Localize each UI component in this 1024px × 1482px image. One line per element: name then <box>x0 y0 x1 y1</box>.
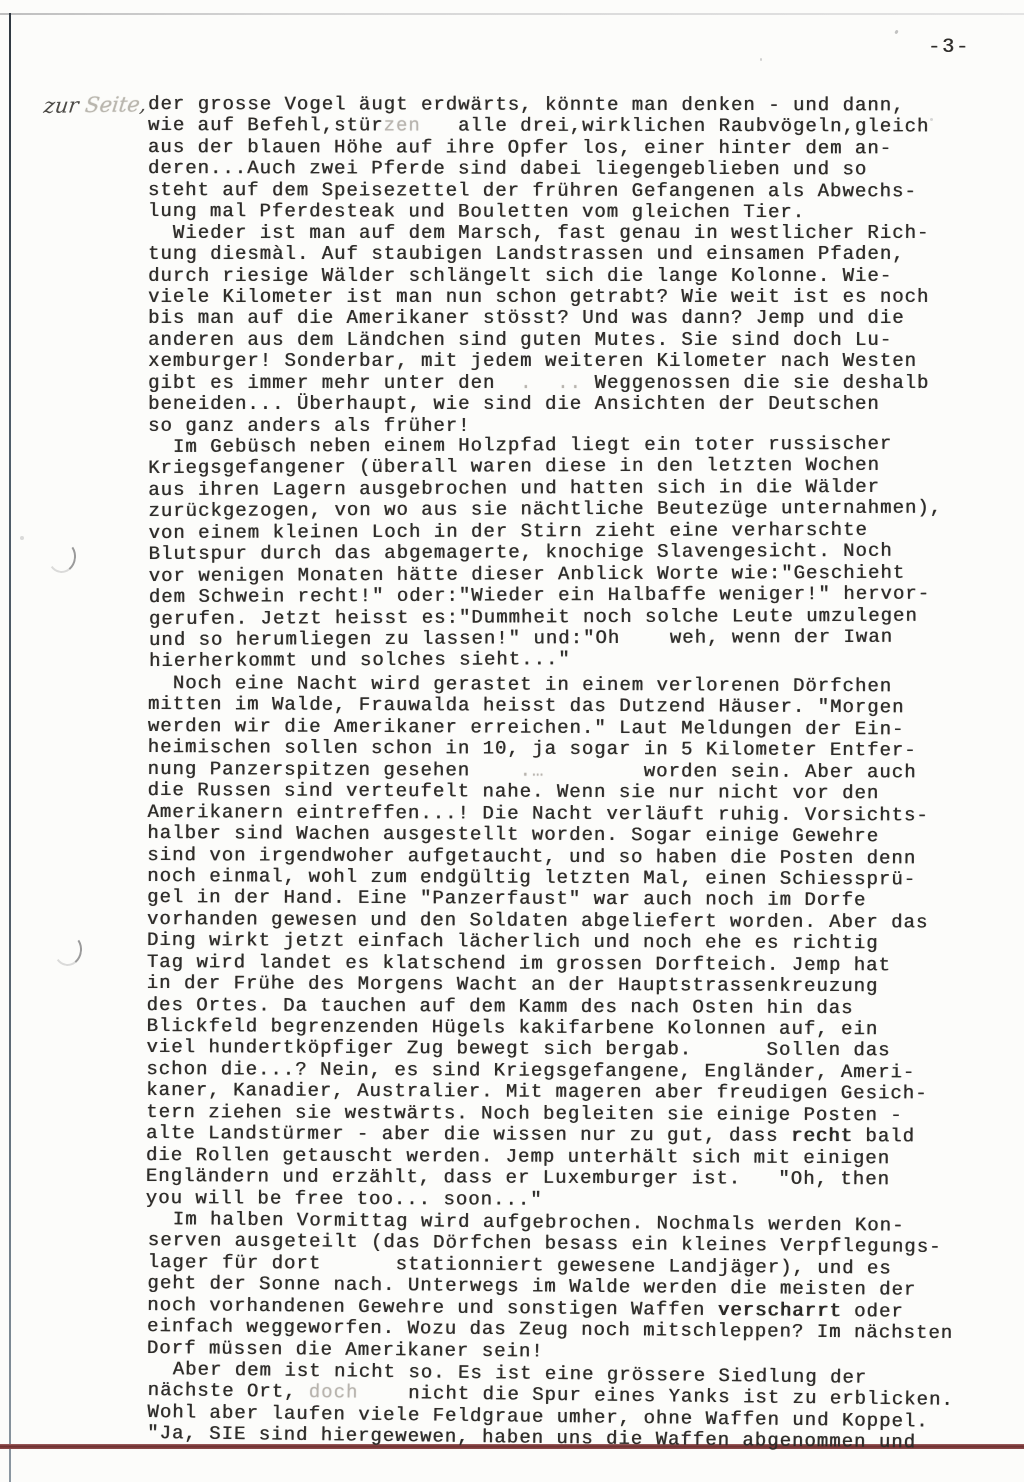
text-segment: und so herumliegen zu lassen!" und:"Oh w… <box>149 626 893 651</box>
text-line: viele Kilometer ist man nun schon getrab… <box>148 287 978 308</box>
text-segment: deren...Auch zwei Pferde sind dabei lieg… <box>148 157 867 180</box>
text-line: bis man auf die Amerikaner stösst? Und w… <box>148 308 978 329</box>
text-segment: verscharrt <box>718 1298 842 1321</box>
text-line: der grosse Vogel äugt erdwärts, könnte m… <box>148 94 978 117</box>
faded-text-segment: . .. <box>520 372 582 394</box>
paragraph: Aber dem ist nicht so. Es ist eine gröss… <box>147 1359 978 1455</box>
text-segment: Weggenossen die sie deshalb <box>582 372 929 394</box>
text-segment: so ganz anders als früher! <box>148 415 470 437</box>
text-segment: wie auf Befehl,stür <box>148 114 384 136</box>
scan-speck <box>20 536 24 540</box>
text-segment: durch riesige Wälder schlängelt sich die… <box>148 265 892 287</box>
top-scan-edge <box>0 13 1024 15</box>
text-line: hierherkommt und solches sieht..." <box>149 648 979 673</box>
scanned-document-page: { "colors": { "ink": "#2e2c29", "faded_i… <box>0 0 1024 1482</box>
paragraph: Im Gebüsch neben einem Holzpfad liegt ei… <box>148 433 979 672</box>
text-line: xemburger! Sonderbar, mit jedem weiteren… <box>148 351 978 372</box>
text-segment: anderen aus dem Ländchen sind guten Mute… <box>148 329 892 351</box>
text-segment: aus der blauen Höhe auf ihre Opfer los, … <box>148 136 892 159</box>
text-segment: alle drei,wirklichen Raubvögeln,gleich <box>421 115 930 138</box>
text-line: lung mal Pferdesteak und Bouletten vom g… <box>148 201 978 224</box>
text-segment: nung Panzerspitzen gesehen <box>148 758 520 782</box>
margin-annotation-faded-word: Seite <box>84 92 141 117</box>
text-line: beneiden... Überhaupt, wie sind die Ansi… <box>148 394 978 415</box>
scan-speck <box>760 58 762 61</box>
faded-text-segment: .… <box>520 759 545 781</box>
text-segment: beneiden... Überhaupt, wie sind die Ansi… <box>148 393 880 415</box>
text-segment: you will be free too... soon..." <box>146 1186 543 1210</box>
text-segment: Wieder ist man auf dem Marsch, fast gena… <box>148 222 929 244</box>
text-segment: recht <box>791 1125 853 1147</box>
scan-speck <box>894 30 899 35</box>
text-segment: bis man auf die Amerikaner stösst? Und w… <box>148 307 905 329</box>
text-segment: oder <box>842 1300 904 1323</box>
text-segment: worden sein. Aber auch <box>544 759 916 783</box>
text-segment: gibt es immer mehr unter den <box>148 372 520 394</box>
text-segment: steht auf dem Speisezettel der frühren G… <box>148 179 917 202</box>
page-number: -3- <box>928 36 970 59</box>
text-line: anderen aus dem Ländchen sind guten Mute… <box>148 330 978 351</box>
paragraph: Noch eine Nacht wird gerastet in einem v… <box>146 673 978 1213</box>
text-line: Wieder ist man auf dem Marsch, fast gena… <box>148 223 978 244</box>
margin-annotation: zur Seite, <box>42 92 148 118</box>
punch-hole <box>46 539 78 575</box>
text-line: wie auf Befehl,stürzen alle drei,wirklic… <box>148 115 978 138</box>
margin-annotation-word: zur <box>42 93 86 118</box>
text-line: aus der blauen Höhe auf ihre Opfer los, … <box>148 137 978 160</box>
margin-annotation-comma: , <box>138 92 148 116</box>
text-line: tung diesmàl. Auf staubigen Landstrassen… <box>148 244 978 265</box>
left-scan-edge <box>9 13 11 1482</box>
text-segment: viele Kilometer ist man nun schon getrab… <box>148 286 929 308</box>
text-line: deren...Auch zwei Pferde sind dabei lieg… <box>148 158 978 181</box>
typewritten-text: der grosse Vogel äugt erdwärts, könnte m… <box>148 94 978 1445</box>
text-segment: xemburger! Sonderbar, mit jedem weiteren… <box>148 350 917 372</box>
text-segment: lung mal Pferdesteak und Bouletten vom g… <box>148 200 805 223</box>
text-line: durch riesige Wälder schlängelt sich die… <box>148 266 978 287</box>
text-segment: hierherkommt und solches sieht..." <box>149 649 571 673</box>
paragraph: der grosse Vogel äugt erdwärts, könnte m… <box>148 94 978 224</box>
text-segment: der grosse Vogel äugt erdwärts, könnte m… <box>148 93 905 116</box>
faded-text-segment: doch <box>309 1381 359 1404</box>
faded-text-segment: zen <box>384 115 421 137</box>
text-segment: nächste Ort, <box>147 1379 308 1403</box>
paragraph: Im halben Vormittag wird aufgebrochen. N… <box>147 1209 978 1366</box>
punch-hole <box>52 932 84 968</box>
text-line: gibt es immer mehr unter den . .. Weggen… <box>148 373 978 394</box>
text-segment: bald <box>853 1125 915 1147</box>
paragraph: Wieder ist man auf dem Marsch, fast gena… <box>148 223 978 437</box>
text-segment: tung diesmàl. Auf staubigen Landstrassen… <box>148 243 905 265</box>
text-line: steht auf dem Speisezettel der frühren G… <box>148 180 978 203</box>
